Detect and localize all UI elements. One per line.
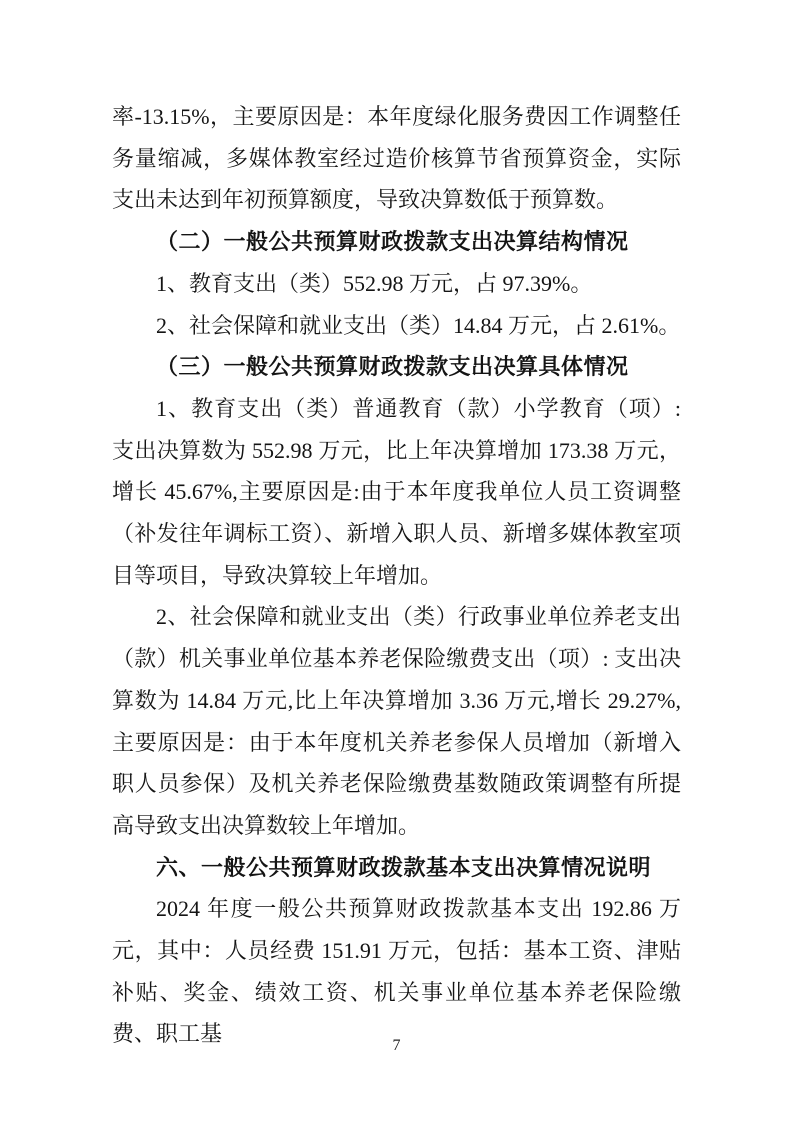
- paragraph-basic-expenditure: 2024 年度一般公共预算财政拨款基本支出 192.86 万元，其中：人员经费 …: [112, 888, 681, 1055]
- paragraph-education-detail: 1、教育支出（类）普通教育（款）小学教育（项）: 支出决算数为 552.98 万…: [112, 388, 681, 597]
- paragraph-social-security-detail: 2、社会保障和就业支出（类）行政事业单位养老支出（款）机关事业单位基本养老保险缴…: [112, 596, 681, 846]
- paragraph-continuation: 率-13.15%，主要原因是：本年度绿化服务费因工作调整任务量缩减，多媒体教室经…: [112, 96, 681, 221]
- section-heading-3: （三）一般公共预算财政拨款支出决算具体情况: [112, 346, 681, 388]
- page-body-text: 率-13.15%，主要原因是：本年度绿化服务费因工作调整任务量缩减，多媒体教室经…: [112, 96, 681, 1055]
- section-heading-2: （二）一般公共预算财政拨款支出决算结构情况: [112, 221, 681, 263]
- list-item-social-security-expenditure: 2、社会保障和就业支出（类）14.84 万元，占 2.61%。: [112, 305, 681, 347]
- section-heading-6: 六、一般公共预算财政拨款基本支出决算情况说明: [112, 847, 681, 889]
- page-number: 7: [0, 1036, 793, 1056]
- document-page: 率-13.15%，主要原因是：本年度绿化服务费因工作调整任务量缩减，多媒体教室经…: [0, 0, 793, 1122]
- list-item-education-expenditure: 1、教育支出（类）552.98 万元，占 97.39%。: [112, 263, 681, 305]
